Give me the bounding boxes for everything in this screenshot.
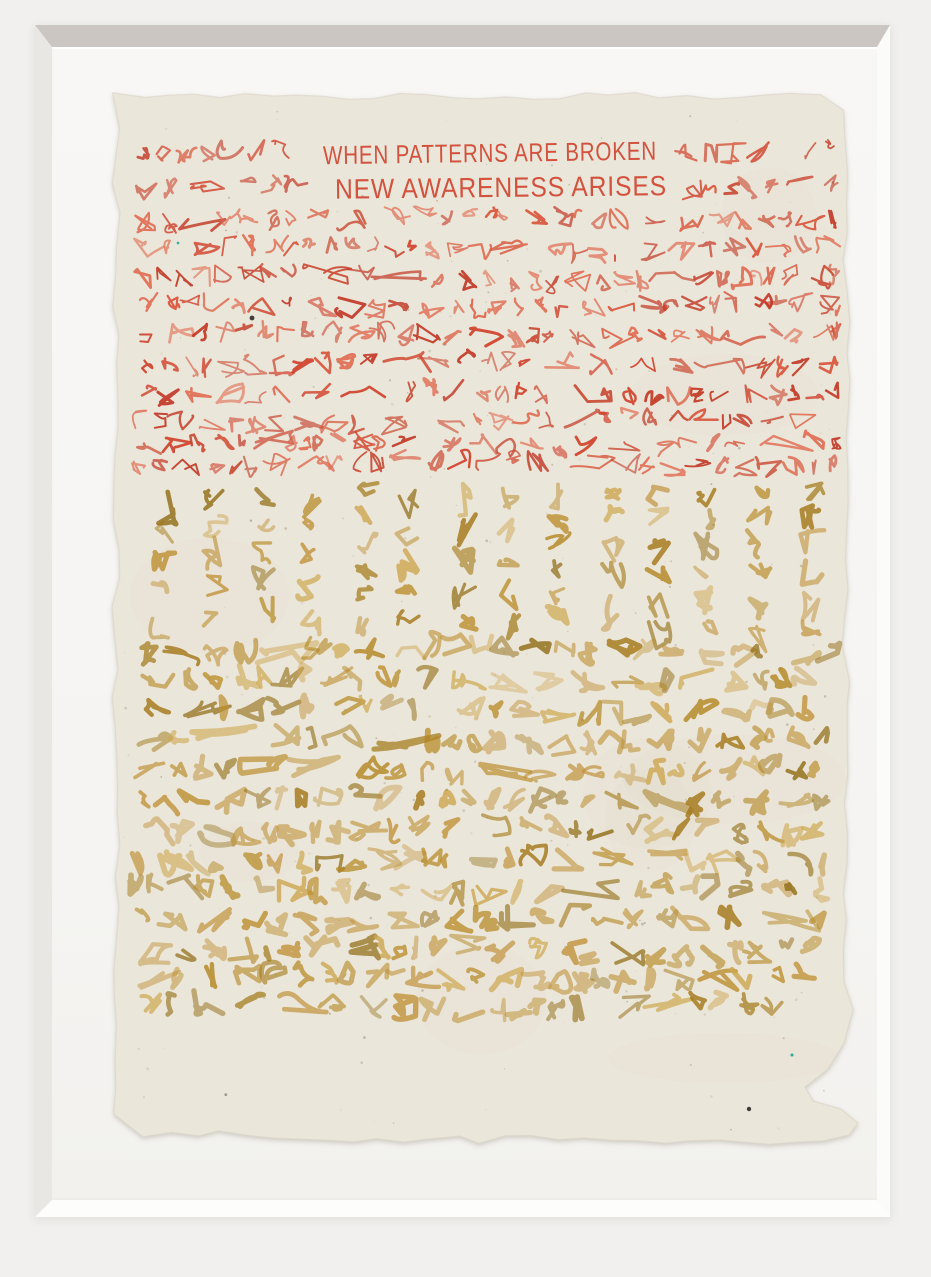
artwork-canvas: WHEN PATTERNS ARE BROKEN NEW AWARENESS A…: [52, 47, 877, 1200]
quote-line-2: NEW AWARENESS ARISES: [335, 170, 667, 204]
picture-frame: WHEN PATTERNS ARE BROKEN NEW AWARENESS A…: [35, 25, 890, 1217]
quote-line-1: WHEN PATTERNS ARE BROKEN: [323, 136, 657, 171]
photo-backdrop: WHEN PATTERNS ARE BROKEN NEW AWARENESS A…: [0, 0, 931, 1277]
frame-mat: WHEN PATTERNS ARE BROKEN NEW AWARENESS A…: [52, 47, 877, 1200]
